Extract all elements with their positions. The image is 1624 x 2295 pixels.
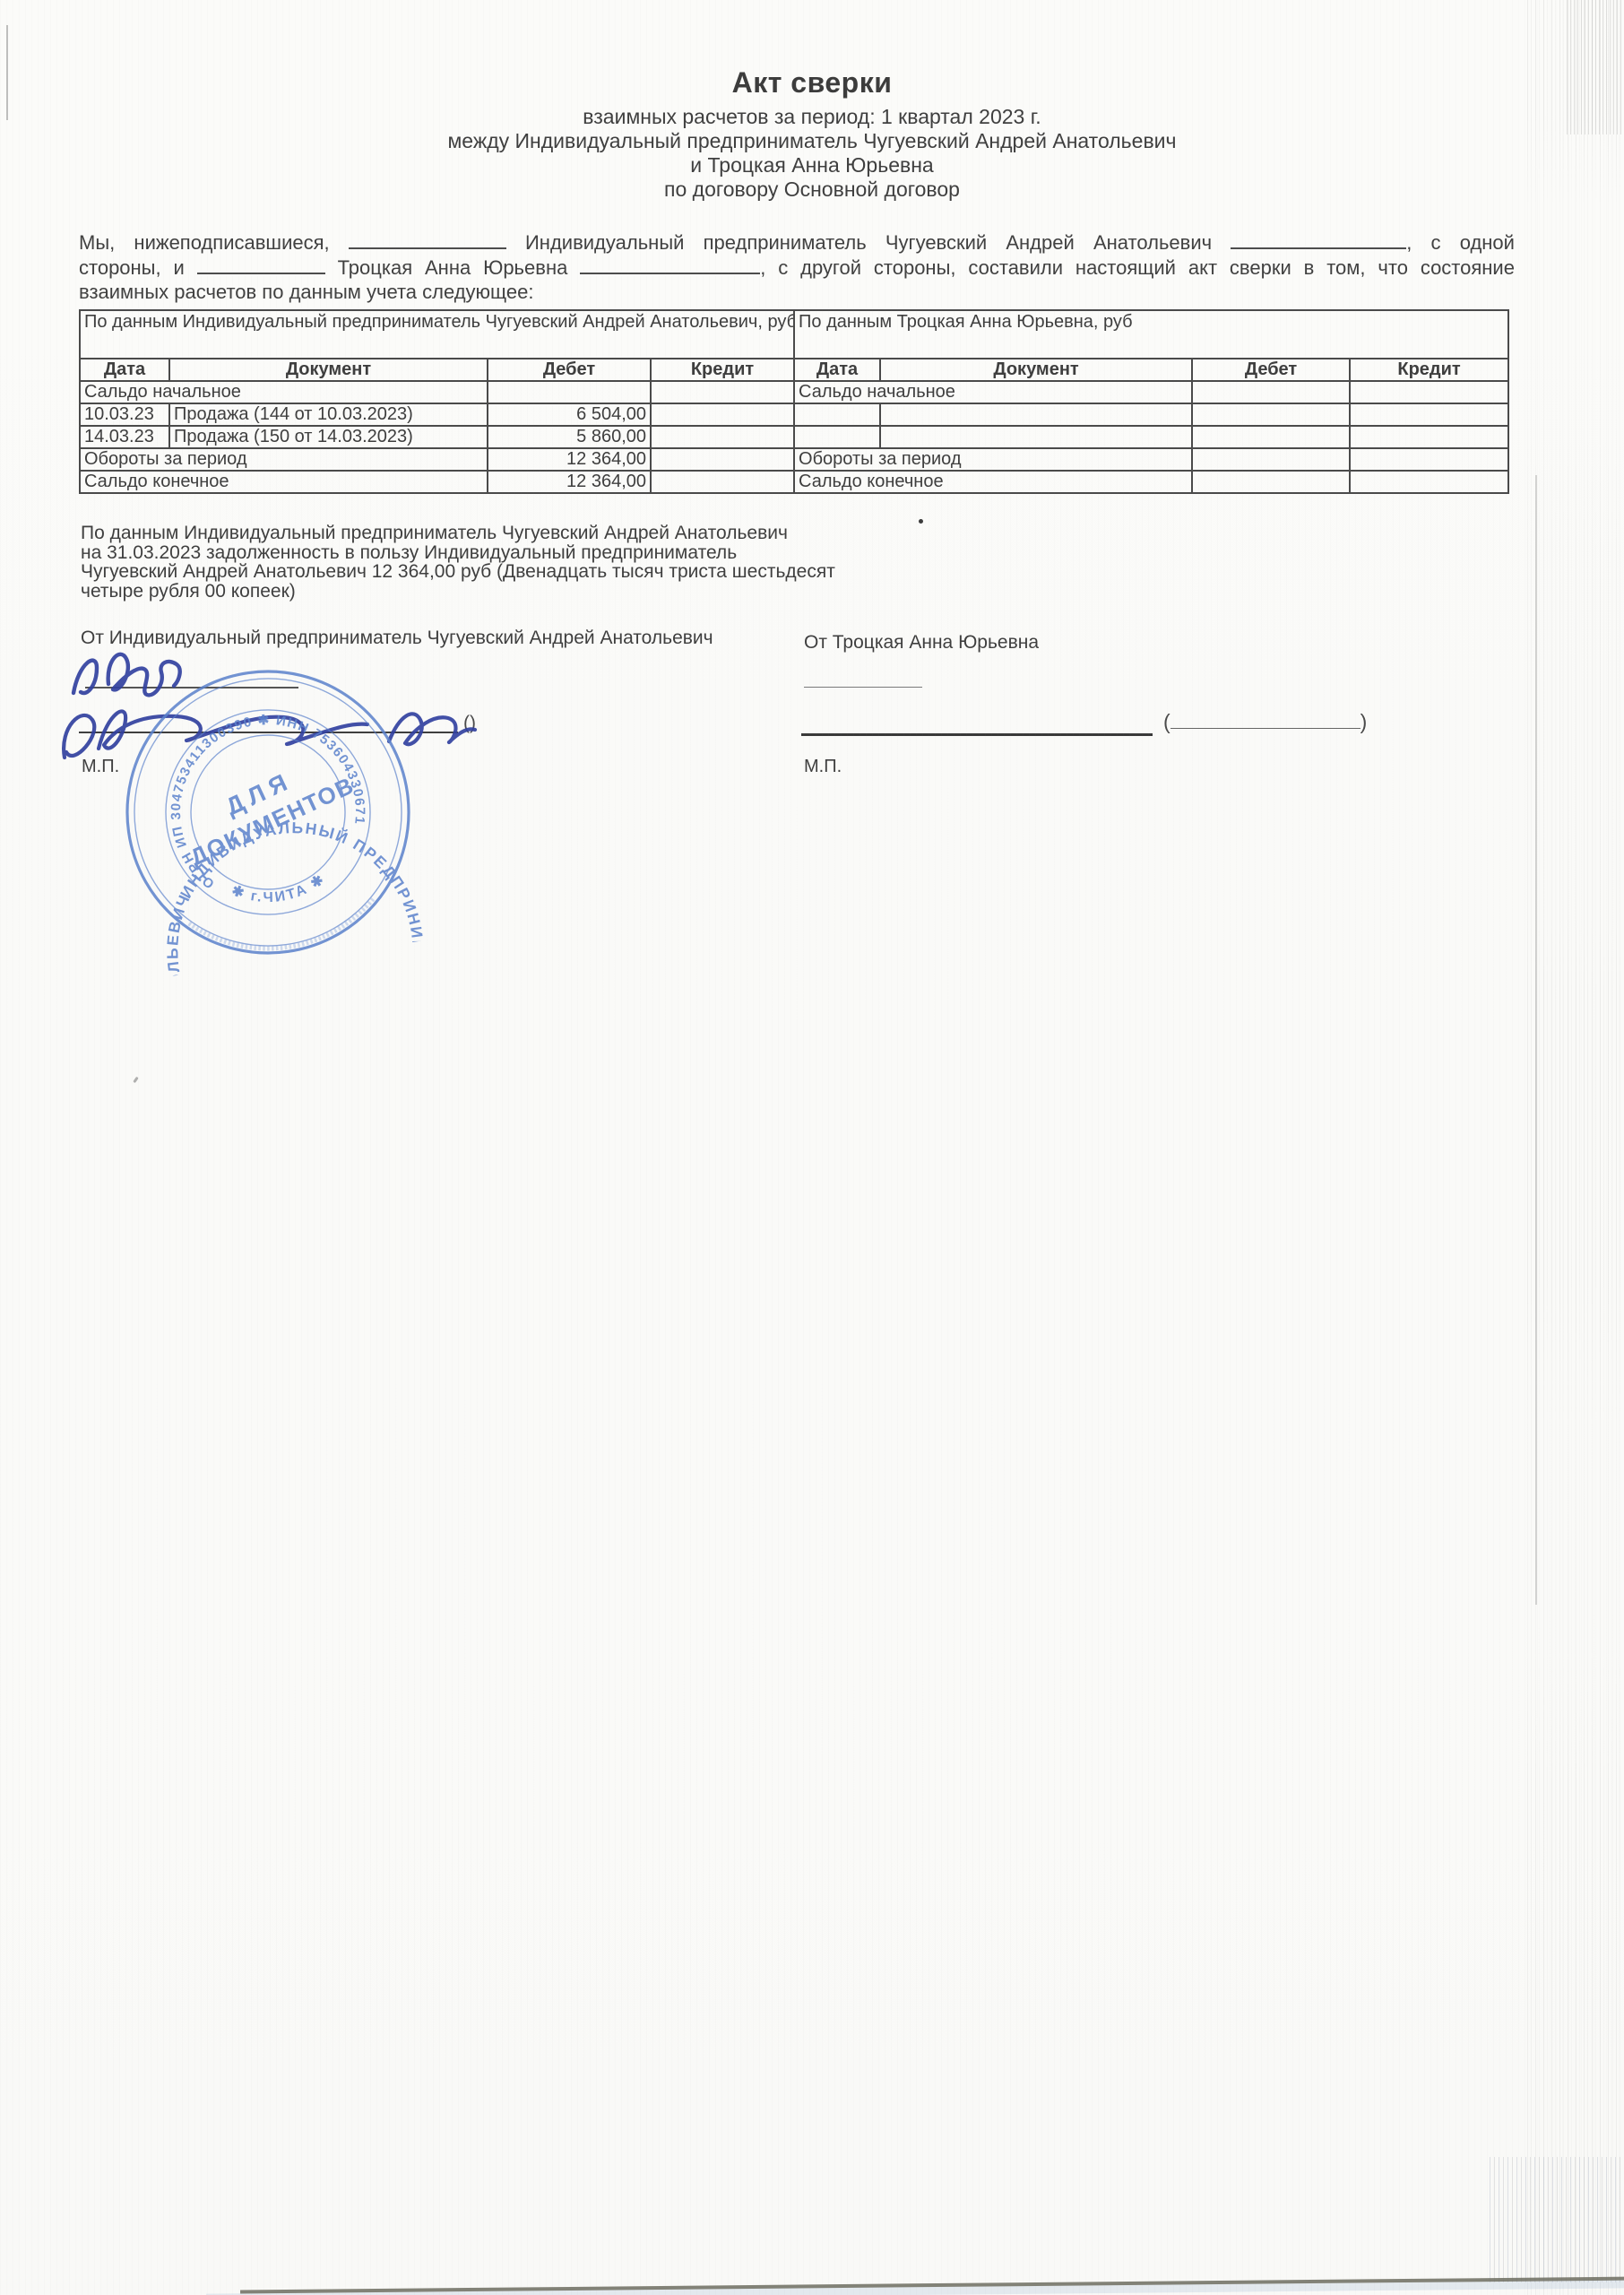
summary-line: четыре рубля 00 копеек) — [81, 582, 835, 602]
row-label: Сальдо конечное — [80, 471, 488, 493]
stamp-place-label-right: М.П. — [804, 757, 842, 777]
credit-cell — [1350, 381, 1508, 403]
credit-cell — [1350, 403, 1508, 426]
row-label: Обороты за период — [80, 448, 488, 471]
document-cell — [880, 403, 1192, 426]
intro-line-3: взаимных расчетов по данным учета следую… — [79, 280, 1515, 305]
row-label: Обороты за период — [794, 448, 1192, 471]
paren-close: ) — [1361, 710, 1368, 733]
table-row-entry-2: 14.03.23 Продажа (150 от 14.03.2023) 5 8… — [80, 426, 1508, 448]
document-cell — [880, 426, 1192, 448]
row-label: Сальдо начальное — [794, 381, 1192, 403]
debit-cell — [1192, 403, 1350, 426]
col-header-document: Документ — [169, 359, 488, 381]
summary-line: По данным Индивидуальный предприниматель… — [81, 524, 835, 543]
table-row-turnover: Обороты за период 12 364,00 Обороты за п… — [80, 448, 1508, 471]
scan-speck — [919, 519, 923, 524]
blank-line — [197, 258, 325, 274]
table-group-header-row: По данным Индивидуальный предприниматель… — [80, 310, 1508, 359]
col-header-document: Документ — [880, 359, 1192, 381]
credit-cell — [1350, 448, 1508, 471]
document-cell: Продажа (144 от 10.03.2023) — [169, 403, 488, 426]
signature-paren-group: () — [1163, 710, 1367, 734]
table-row-closing-balance: Сальдо конечное 12 364,00 Сальдо конечно… — [80, 471, 1508, 493]
debit-cell — [488, 381, 651, 403]
scanner-streaks — [1527, 0, 1624, 2295]
col-header-credit: Кредит — [1350, 359, 1508, 381]
table-column-header-row: Дата Документ Дебет Кредит Дата Документ… — [80, 359, 1508, 381]
table-row-opening-balance: Сальдо начальное Сальдо начальное — [80, 381, 1508, 403]
company-round-stamp: ИНДИВИДУАЛЬНЫЙ ПРЕДПРИНИМАТЕЛЬ ЧУГУЕВСКИ… — [100, 645, 436, 981]
summary-line: на 31.03.2023 задолженность в пользу Инд… — [81, 543, 835, 563]
col-header-debit: Дебет — [1192, 359, 1350, 381]
credit-cell — [651, 426, 794, 448]
summary-line: Чугуевский Андрей Анатольевич 12 364,00 … — [81, 562, 835, 582]
credit-cell — [1350, 426, 1508, 448]
intro-text: , с одной — [1406, 231, 1515, 254]
row-label: Сальдо конечное — [794, 471, 1192, 493]
debit-cell: 12 364,00 — [488, 448, 651, 471]
debit-cell: 5 860,00 — [488, 426, 651, 448]
document-subtitle-parties: между Индивидуальный предприниматель Чуг… — [0, 129, 1624, 153]
blank-line — [1231, 233, 1406, 249]
reconciliation-table: По данным Индивидуальный предприниматель… — [79, 309, 1509, 494]
document-cell: Продажа (150 от 14.03.2023) — [169, 426, 488, 448]
summary-paragraph: По данным Индивидуальный предприниматель… — [81, 524, 835, 601]
intro-text: Мы, нижеподписавшиеся, — [79, 231, 330, 254]
paren-open: ( — [1163, 710, 1170, 733]
intro-paragraph: Мы, нижеподписавшиеся, Индивидуальный пр… — [79, 230, 1515, 305]
document-subtitle-period: взаимных расчетов за период: 1 квартал 2… — [0, 105, 1624, 129]
signature-line — [804, 687, 922, 688]
signature-line — [801, 733, 1153, 736]
document-title: Акт сверки — [0, 66, 1624, 100]
intro-line-2: стороны, и Троцкая Анна Юрьевна , с друг… — [79, 255, 1515, 281]
credit-cell — [651, 471, 794, 493]
col-header-debit: Дебет — [488, 359, 651, 381]
debit-cell: 12 364,00 — [488, 471, 651, 493]
row-label: Сальдо начальное — [80, 381, 488, 403]
scanner-streak-line — [1535, 475, 1537, 1605]
intro-text: , с другой стороны, составили настоящий … — [760, 256, 1515, 279]
right-table-title: По данным Троцкая Анна Юрьевна, руб — [794, 310, 1508, 359]
intro-text: взаимных расчетов по данным учета следую… — [79, 281, 534, 303]
credit-cell — [651, 448, 794, 471]
scanner-corner-smudge — [1567, 0, 1624, 134]
left-table-title: По данным Индивидуальный предприниматель… — [80, 310, 794, 359]
debit-cell — [1192, 426, 1350, 448]
table-row-entry-1: 10.03.23 Продажа (144 от 10.03.2023) 6 5… — [80, 403, 1508, 426]
debit-cell — [1192, 448, 1350, 471]
credit-cell — [651, 403, 794, 426]
col-header-date: Дата — [794, 359, 880, 381]
col-header-credit: Кредит — [651, 359, 794, 381]
debit-cell: 6 504,00 — [488, 403, 651, 426]
intro-text: Троцкая Анна Юрьевна — [338, 256, 568, 279]
blank-line — [1170, 712, 1361, 729]
debit-cell — [1192, 381, 1350, 403]
date-cell — [794, 426, 880, 448]
title-block: Акт сверки взаимных расчетов за период: … — [0, 66, 1624, 202]
scan-edge-mark — [6, 25, 8, 120]
date-cell: 14.03.23 — [80, 426, 169, 448]
scanner-corner-smudge — [1490, 2157, 1624, 2282]
scanned-document-page: Акт сверки взаимных расчетов за период: … — [0, 0, 1624, 2295]
intro-text: стороны, и — [79, 256, 185, 279]
debit-cell — [1192, 471, 1350, 493]
intro-text: Индивидуальный предприниматель Чугуевски… — [525, 231, 1212, 254]
document-subtitle-party2: и Троцкая Анна Юрьевна — [0, 153, 1624, 178]
credit-cell — [651, 381, 794, 403]
stamp-city-text: ✱ г.ЧИТА ✱ — [228, 870, 331, 912]
date-cell: 10.03.23 — [80, 403, 169, 426]
blank-line — [580, 258, 760, 274]
signatory-right-title: От Троцкая Анна Юрьевна — [804, 632, 1039, 654]
intro-line-1: Мы, нижеподписавшиеся, Индивидуальный пр… — [79, 230, 1515, 255]
scan-speck — [133, 1077, 138, 1083]
blank-line — [349, 233, 506, 249]
credit-cell — [1350, 471, 1508, 493]
date-cell — [794, 403, 880, 426]
col-header-date: Дата — [80, 359, 169, 381]
document-subtitle-contract: по договору Основной договор — [0, 178, 1624, 202]
